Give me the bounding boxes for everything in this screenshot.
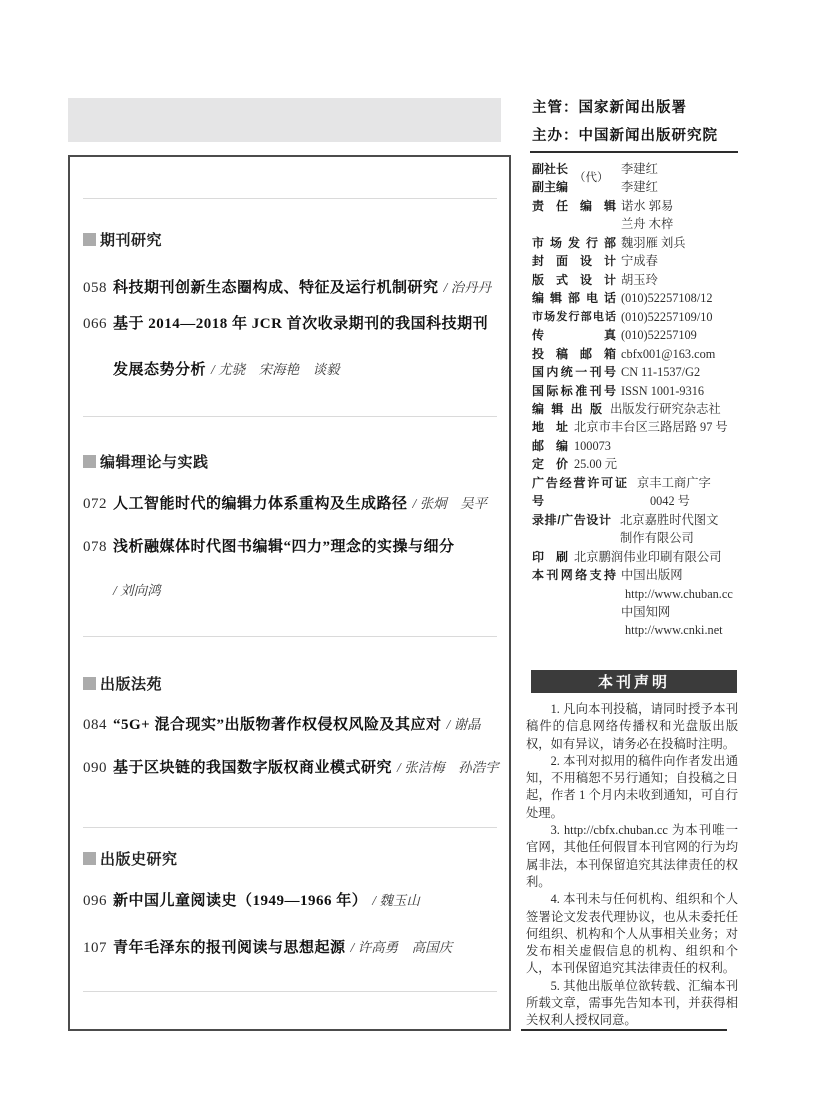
masthead-row: 国际标准刊号 ISSN 1001-9316 bbox=[532, 382, 748, 400]
section-title: 出版史研究 bbox=[100, 848, 178, 869]
masthead-row: 编辑部电话 (010)52257108/12 bbox=[532, 289, 748, 307]
masthead-label: 编辑部电话 bbox=[532, 289, 616, 307]
masthead-label: 邮编 bbox=[532, 437, 568, 455]
masthead-row: 录排/广告设计 北京嘉胜时代图文 制作有限公司 bbox=[532, 511, 748, 548]
declaration-paragraph: 1. 凡向本刊投稿，请同时授予本刊稿件的信息网络传播权和光盘版出版权，如有异议，… bbox=[526, 701, 738, 753]
masthead-value: (010)52257109 bbox=[621, 326, 697, 344]
page-number: 084 bbox=[83, 716, 113, 735]
masthead-row: 国内统一刊号 CN 11-1537/G2 bbox=[532, 363, 748, 381]
masthead-row: 传真 (010)52257109 bbox=[532, 326, 748, 344]
article-title: 青年毛泽东的报刊阅读与思想起源 bbox=[113, 940, 346, 956]
toc-item: 066基于 2014—2018 年 JCR 首次收录期刊的我国科技期刊 bbox=[83, 315, 503, 334]
section-divider bbox=[83, 827, 497, 828]
masthead-label: 印刷 bbox=[532, 548, 568, 566]
masthead-row: 编辑出版 出版发行研究杂志社 bbox=[532, 400, 748, 418]
page-number: 066 bbox=[83, 315, 113, 334]
declaration-paragraph: 3. http://cbfx.chuban.cc 为本刊唯一官网，其他任何假冒本… bbox=[526, 822, 738, 891]
toc-item: 090基于区块链的我国数字版权商业模式研究/ 张洁梅 孙浩宇 bbox=[83, 758, 503, 778]
page-number: 107 bbox=[83, 939, 113, 958]
masthead-value: 李建红 bbox=[621, 178, 658, 196]
website-link[interactable]: http://www.chuban.cc bbox=[621, 585, 733, 603]
article-title: 人工智能时代的编辑力体系重构及生成路径 bbox=[113, 496, 408, 512]
masthead-row: 本刊网络支持 中国出版网 http://www.chuban.cc 中国知网 h… bbox=[532, 566, 748, 640]
masthead-value: 北京鹏润伟业印刷有限公司 bbox=[574, 548, 722, 566]
toc-item: 072人工智能时代的编辑力体系重构及生成路径/ 张炯 吴平 bbox=[83, 494, 503, 514]
masthead-value: 宁成春 bbox=[621, 252, 658, 270]
article-authors: / 谢晶 bbox=[446, 717, 480, 732]
section-marker-icon bbox=[83, 455, 96, 468]
acting-note: （代） bbox=[574, 169, 609, 187]
article-title: 新中国儿童阅读史（1949—1966 年） bbox=[113, 893, 367, 909]
masthead: 副社长 副主编 （代） 李建红 李建红 责任编辑 诺水 郭易 兰舟 木梓 市场发… bbox=[532, 160, 748, 640]
masthead-value: 出版发行研究杂志社 bbox=[610, 400, 721, 418]
website-link[interactable]: http://www.cnki.net bbox=[621, 621, 733, 639]
article-title: 科技期刊创新生态圈构成、特征及运行机制研究 bbox=[113, 280, 439, 296]
toc-top-rule bbox=[83, 198, 497, 199]
supervisor-line: 主管：国家新闻出版署 bbox=[532, 96, 687, 117]
declaration-paragraph: 5. 其他出版单位欲转载、汇编本刊所载文章，需事先告知本刊，并获得相关权利人授权… bbox=[526, 978, 738, 1030]
article-authors: / 许高勇 高国庆 bbox=[351, 940, 453, 955]
masthead-value: 魏羽雁 刘兵 bbox=[621, 234, 686, 252]
toc-section-journal-research: 期刊研究 bbox=[83, 229, 162, 250]
article-title: 基于区块链的我国数字版权商业模式研究 bbox=[113, 760, 392, 776]
masthead-row: 邮编 100073 bbox=[532, 437, 748, 455]
masthead-label: 传真 bbox=[532, 326, 616, 344]
masthead-value: 北京嘉胜时代图文 bbox=[620, 511, 718, 529]
page-number: 096 bbox=[83, 892, 113, 911]
toc-bottom-rule bbox=[83, 991, 497, 992]
article-title: 基于 2014—2018 年 JCR 首次收录期刊的我国科技期刊 bbox=[113, 316, 488, 332]
page-number: 078 bbox=[83, 538, 113, 557]
article-authors: / 张炯 吴平 bbox=[413, 496, 488, 511]
toc-item: 084“5G+ 混合现实”出版物著作权侵权风险及其应对/ 谢晶 bbox=[83, 715, 503, 735]
masthead-label: 国内统一刊号 bbox=[532, 363, 616, 381]
declaration-paragraph: 2. 本刊对拟用的稿件向作者发出通知，不用稿恕不另行通知；自投稿之日起，作者 1… bbox=[526, 753, 738, 822]
masthead-label: 定价 bbox=[532, 455, 568, 473]
toc-item-continuation: / 刘向鸿 bbox=[83, 581, 503, 601]
masthead-value: 兰舟 木梓 bbox=[621, 215, 673, 233]
masthead-value: CN 11-1537/G2 bbox=[621, 363, 700, 381]
toc-item: 107青年毛泽东的报刊阅读与思想起源/ 许高勇 高国庆 bbox=[83, 938, 503, 958]
toc-section-publishing-law: 出版法苑 bbox=[83, 673, 162, 694]
toc-section-publishing-history: 出版史研究 bbox=[83, 848, 178, 869]
masthead-row: 广告经营许可证号 京丰工商广字 0042 号 bbox=[532, 474, 748, 511]
masthead-value: 北京市丰台区三路居路 97 号 bbox=[574, 418, 728, 436]
masthead-label: 市场发行部电话 bbox=[532, 308, 616, 326]
masthead-value: 京丰工商广字 bbox=[637, 474, 711, 492]
masthead-row: 版式设计 胡玉玲 bbox=[532, 271, 748, 289]
masthead-label: 本刊网络支持 bbox=[532, 566, 616, 640]
section-divider bbox=[83, 636, 497, 637]
section-title: 编辑理论与实践 bbox=[100, 451, 209, 472]
masthead-value: 中国出版网 bbox=[621, 566, 733, 584]
masthead-label: 副社长 bbox=[532, 160, 576, 178]
article-authors: / 张洁梅 孙浩宇 bbox=[397, 760, 499, 775]
page-number: 090 bbox=[83, 759, 113, 778]
header-rule bbox=[530, 151, 738, 153]
masthead-label: 封面设计 bbox=[532, 252, 616, 270]
article-authors: / 尤骁 宋海艳 谈毅 bbox=[211, 362, 340, 377]
masthead-value: 胡玉玲 bbox=[621, 271, 658, 289]
masthead-label: 广告经营许可证号 bbox=[532, 474, 627, 511]
declaration-paragraph: 4. 本刊未与任何机构、组织和个人签署论文发表代理协议，也从未委托任何组织、机构… bbox=[526, 891, 738, 977]
organizer-line: 主办：中国新闻出版研究院 bbox=[532, 124, 718, 145]
journal-toc-page: { "header": { "supervisor": "主管：国家新闻出版署"… bbox=[0, 0, 816, 1099]
masthead-label: 责任编辑 bbox=[532, 197, 616, 234]
article-authors: / 刘向鸿 bbox=[113, 583, 161, 598]
masthead-label: 录排/广告设计 bbox=[532, 511, 611, 548]
masthead-label: 编辑出版 bbox=[532, 400, 602, 418]
toc-item: 078浅析融媒体时代图书编辑“四力”理念的实操与细分 bbox=[83, 538, 503, 557]
article-title: “5G+ 混合现实”出版物著作权侵权风险及其应对 bbox=[113, 717, 441, 733]
masthead-label: 副主编 bbox=[532, 178, 576, 196]
masthead-row: 投稿邮箱 cbfx001@163.com bbox=[532, 345, 748, 363]
masthead-value: (010)52257109/10 bbox=[621, 308, 713, 326]
section-marker-icon bbox=[83, 852, 96, 865]
page-number: 072 bbox=[83, 495, 113, 514]
masthead-row: 定价 25.00 元 bbox=[532, 455, 748, 473]
toc-section-editing-theory: 编辑理论与实践 bbox=[83, 451, 209, 472]
masthead-value: 制作有限公司 bbox=[620, 529, 718, 547]
masthead-value: 0042 号 bbox=[637, 492, 711, 510]
toc-item: 058科技期刊创新生态圈构成、特征及运行机制研究/ 治丹丹 bbox=[83, 278, 503, 298]
masthead-label: 国际标准刊号 bbox=[532, 382, 616, 400]
section-marker-icon bbox=[83, 233, 96, 246]
toc-item: 096新中国儿童阅读史（1949—1966 年）/ 魏玉山 bbox=[83, 891, 503, 911]
masthead-row: 地址 北京市丰台区三路居路 97 号 bbox=[532, 418, 748, 436]
section-divider bbox=[83, 416, 497, 417]
masthead-value: 中国知网 bbox=[621, 603, 733, 621]
masthead-row: 责任编辑 诺水 郭易 兰舟 木梓 bbox=[532, 197, 748, 234]
footer-rule bbox=[521, 1029, 727, 1031]
masthead-row: 印刷 北京鹏润伟业印刷有限公司 bbox=[532, 548, 748, 566]
masthead-row: 封面设计 宁成春 bbox=[532, 252, 748, 270]
section-title: 期刊研究 bbox=[100, 229, 162, 250]
masthead-value: 25.00 元 bbox=[574, 455, 617, 473]
masthead-value: 100073 bbox=[574, 437, 611, 455]
masthead-value: ISSN 1001-9316 bbox=[621, 382, 704, 400]
masthead-label: 地址 bbox=[532, 418, 568, 436]
page-number: 058 bbox=[83, 279, 113, 298]
masthead-row-vice: 副社长 副主编 （代） 李建红 李建红 bbox=[532, 160, 748, 197]
masthead-value: (010)52257108/12 bbox=[621, 289, 713, 307]
declaration-title: 本刊声明 bbox=[531, 670, 737, 693]
masthead-row: 市场发行部电话 (010)52257109/10 bbox=[532, 308, 748, 326]
masthead-value: 李建红 bbox=[621, 160, 658, 178]
section-title: 出版法苑 bbox=[100, 673, 162, 694]
article-title-cont: 发展态势分析 bbox=[113, 362, 206, 378]
article-authors: / 魏玉山 bbox=[372, 893, 420, 908]
masthead-label: 版式设计 bbox=[532, 271, 616, 289]
toc-item-continuation: 发展态势分析/ 尤骁 宋海艳 谈毅 bbox=[83, 360, 503, 380]
article-authors: / 治丹丹 bbox=[444, 280, 492, 295]
declaration-text: 1. 凡向本刊投稿，请同时授予本刊稿件的信息网络传播权和光盘版出版权，如有异议，… bbox=[526, 701, 738, 1030]
masthead-label: 投稿邮箱 bbox=[532, 345, 616, 363]
masthead-label: 市场发行部 bbox=[532, 234, 616, 252]
section-marker-icon bbox=[83, 677, 96, 690]
submission-email[interactable]: cbfx001@163.com bbox=[621, 345, 715, 363]
logo-banner bbox=[68, 98, 501, 142]
toc-box: 期刊研究 058科技期刊创新生态圈构成、特征及运行机制研究/ 治丹丹 066基于… bbox=[68, 155, 511, 1031]
masthead-value: 诺水 郭易 bbox=[621, 197, 673, 215]
masthead-row: 市场发行部 魏羽雁 刘兵 bbox=[532, 234, 748, 252]
article-title: 浅析融媒体时代图书编辑“四力”理念的实操与细分 bbox=[113, 539, 455, 555]
